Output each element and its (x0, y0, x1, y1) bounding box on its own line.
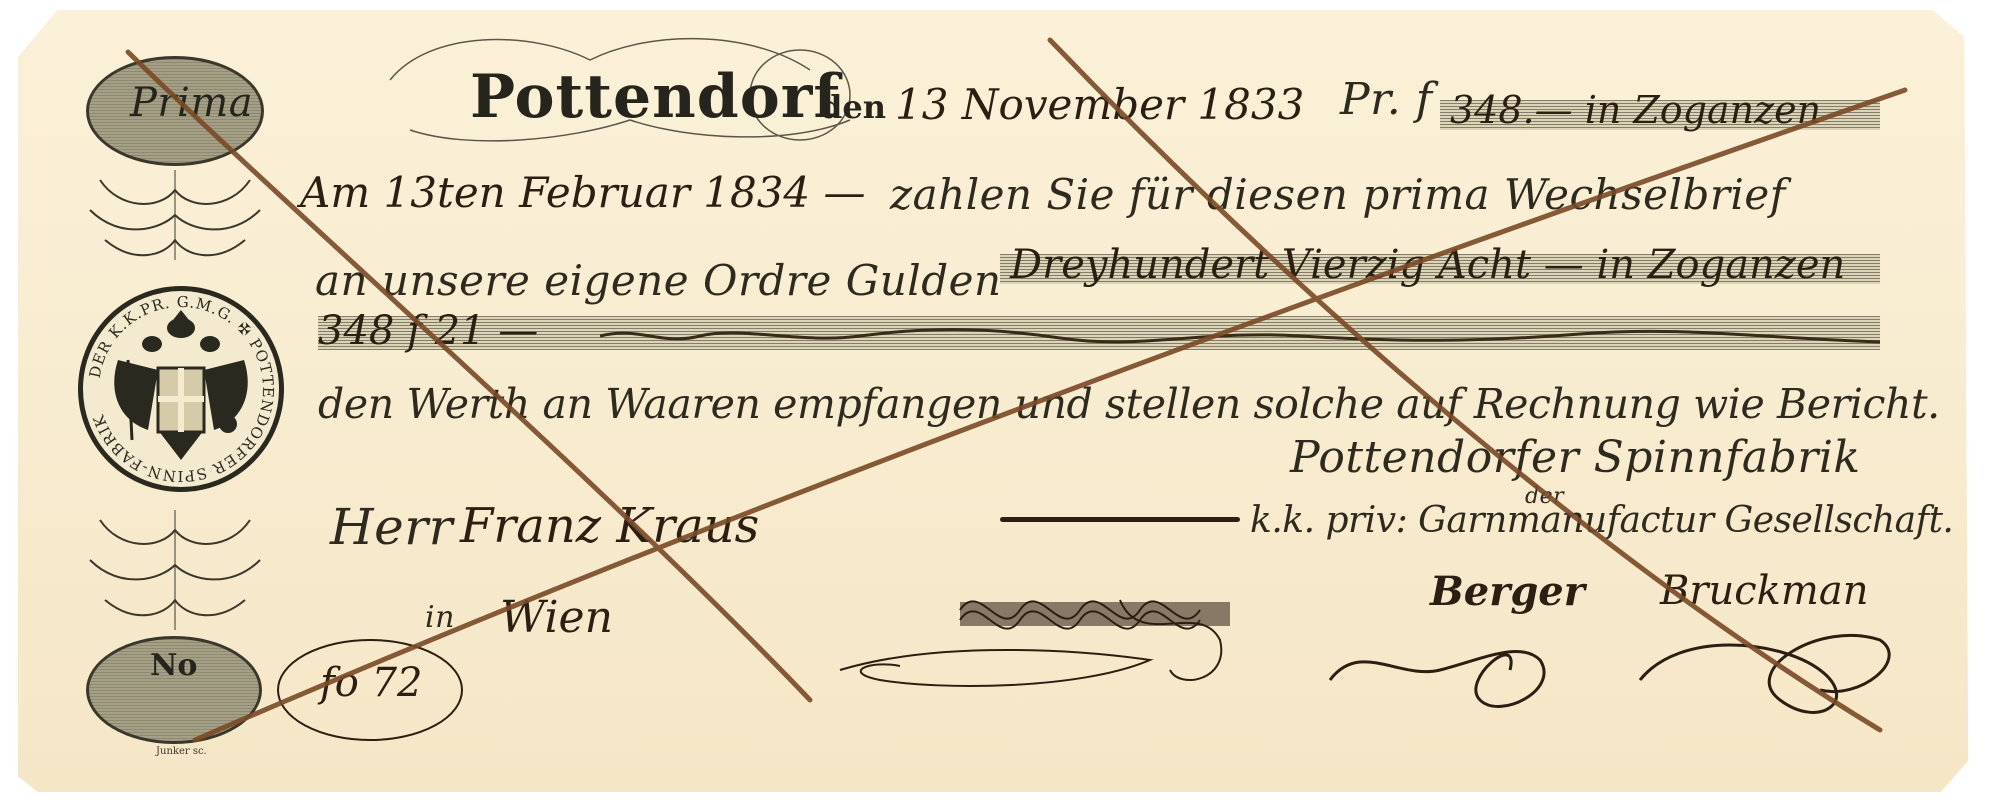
cancellation-cross-icon (0, 0, 2000, 807)
